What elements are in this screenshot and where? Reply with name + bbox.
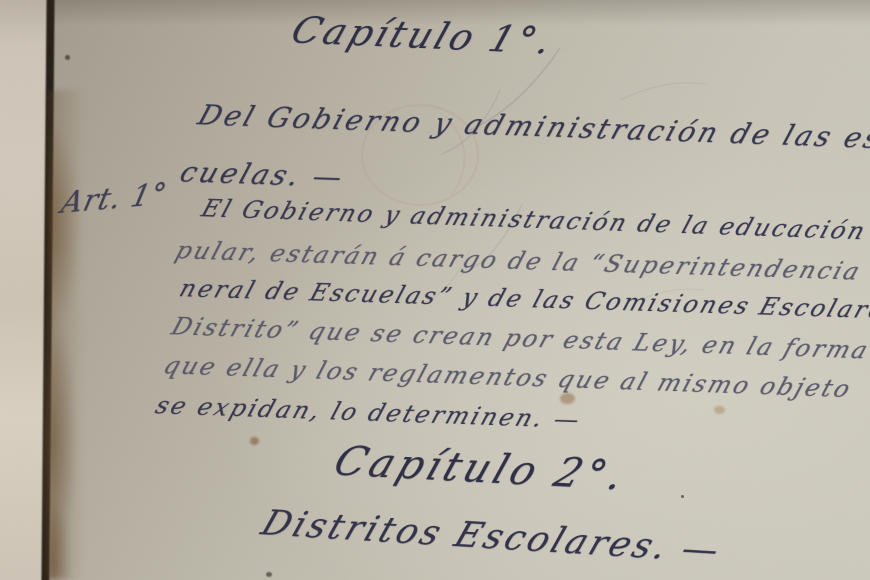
foxing-spot [250, 437, 259, 445]
photo-left-margin [0, 0, 47, 580]
left-edge-stain [48, 90, 100, 580]
ink-speck [266, 572, 272, 577]
ink-speck [65, 55, 70, 60]
manuscript-photo-frame: Capítulo 1°. Del Gobierno y administraci… [0, 0, 870, 580]
foxing-spot [714, 406, 725, 414]
ink-speck [681, 495, 684, 498]
foxing-spot [560, 393, 575, 404]
chapter-title-line: cuelas. — [176, 155, 350, 193]
